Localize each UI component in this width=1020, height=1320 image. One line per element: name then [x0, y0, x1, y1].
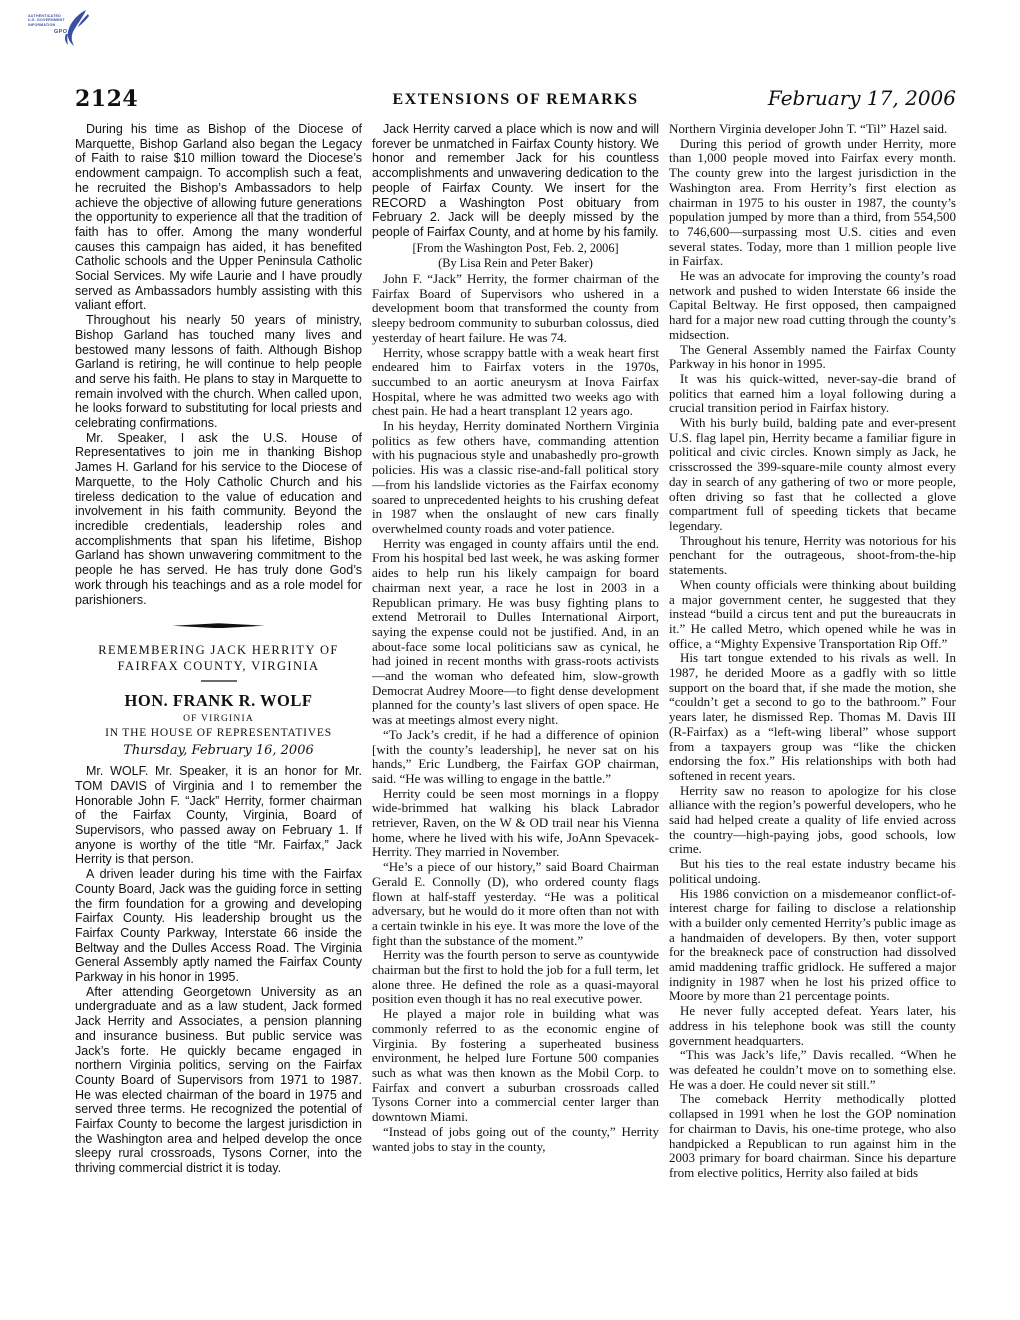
- article-paragraph: He was an advocate for improving the cou…: [669, 269, 956, 343]
- issue-date: February 17, 2006: [768, 86, 956, 110]
- speaker-name: HON. FRANK R. WOLF: [75, 691, 362, 711]
- article-paragraph: Herrity was the fourth person to serve a…: [372, 948, 659, 1007]
- article-paragraph: He never fully accepted defeat. Years la…: [669, 1004, 956, 1048]
- article-paragraph: “He’s a piece of our history,” said Boar…: [372, 860, 659, 948]
- article-title: REMEMBERING JACK HERRITY OF FAIRFAX COUN…: [81, 642, 356, 674]
- chamber-line: IN THE HOUSE OF REPRESENTATIVES: [75, 727, 362, 739]
- gpo-eagle-swoosh-icon: [58, 8, 92, 48]
- article-paragraph: Herrity saw no reason to apologize for h…: [669, 784, 956, 858]
- article-source-line: [From the Washington Post, Feb. 2, 2006]: [372, 241, 659, 256]
- article-paragraph: He played a major role in building what …: [372, 1007, 659, 1125]
- statement-paragraph: Throughout his nearly 50 years of minist…: [75, 313, 362, 431]
- article-paragraph: Herrity was engaged in county affairs un…: [372, 537, 659, 728]
- statement-paragraph: Jack Herrity carved a place which is now…: [372, 122, 659, 240]
- article-paragraph: Northern Virginia developer John T. “Til…: [669, 122, 956, 137]
- text-columns: During his time as Bishop of the Diocese…: [75, 122, 956, 1252]
- article-paragraph: Throughout his tenure, Herrity was notor…: [669, 534, 956, 578]
- article-paragraph: The comeback Herrity methodically plotte…: [669, 1092, 956, 1180]
- article-paragraph: Herrity, whose scrappy battle with a wea…: [372, 346, 659, 420]
- speaker-state: OF VIRGINIA: [75, 714, 362, 724]
- swell-rule: [173, 623, 265, 628]
- article-paragraph: “This was Jack’s life,” Davis recalled. …: [669, 1048, 956, 1092]
- short-rule: [201, 680, 237, 682]
- gpo-logo-line3: INFORMATION: [28, 23, 55, 27]
- article-paragraph: It was his quick-witted, never-say-die b…: [669, 372, 956, 416]
- article-paragraph: The General Assembly named the Fairfax C…: [669, 343, 956, 372]
- article-paragraph: “Instead of jobs going out of the county…: [372, 1125, 659, 1154]
- column-1: During his time as Bishop of the Diocese…: [75, 122, 362, 1252]
- title-rule: [75, 680, 362, 682]
- statement-paragraph: After attending Georgetown University as…: [75, 985, 362, 1176]
- article-paragraph: Herrity could be seen most mornings in a…: [372, 787, 659, 861]
- section-divider: [75, 623, 362, 628]
- statement-paragraph: Mr. WOLF. Mr. Speaker, it is an honor fo…: [75, 764, 362, 867]
- article-source-line: (By Lisa Rein and Peter Baker): [372, 256, 659, 271]
- article-paragraph: His 1986 conviction on a misdemeanor con…: [669, 887, 956, 1005]
- article-paragraph: In his heyday, Herrity dominated Norther…: [372, 419, 659, 537]
- article-paragraph: With his burly build, balding pate and e…: [669, 416, 956, 534]
- article-paragraph: His tart tongue extended to his rivals a…: [669, 651, 956, 783]
- article-paragraph: When county officials were thinking abou…: [669, 578, 956, 652]
- congressional-record-page: AUTHENTICATED U.S. GOVERNMENT INFORMATIO…: [0, 0, 1020, 1320]
- article-paragraph: During this period of growth under Herri…: [669, 137, 956, 269]
- article-paragraph: But his ties to the real estate industry…: [669, 857, 956, 886]
- article-paragraph: John F. “Jack” Herrity, the former chair…: [372, 272, 659, 346]
- session-date: Thursday, February 16, 2006: [75, 743, 362, 758]
- statement-paragraph: During his time as Bishop of the Diocese…: [75, 122, 362, 313]
- gpo-logo-line1: AUTHENTICATED: [28, 14, 61, 18]
- article-paragraph: “To Jack’s credit, if he had a differenc…: [372, 728, 659, 787]
- statement-paragraph: Mr. Speaker, I ask the U.S. House of Rep…: [75, 431, 362, 607]
- column-3: Northern Virginia developer John T. “Til…: [669, 122, 956, 1252]
- running-head: 2124 EXTENSIONS OF REMARKS February 17, …: [75, 86, 956, 114]
- statement-paragraph: A driven leader during his time with the…: [75, 867, 362, 985]
- column-2: Jack Herrity carved a place which is now…: [372, 122, 659, 1252]
- gpo-authenticated-logo: AUTHENTICATED U.S. GOVERNMENT INFORMATIO…: [28, 8, 98, 52]
